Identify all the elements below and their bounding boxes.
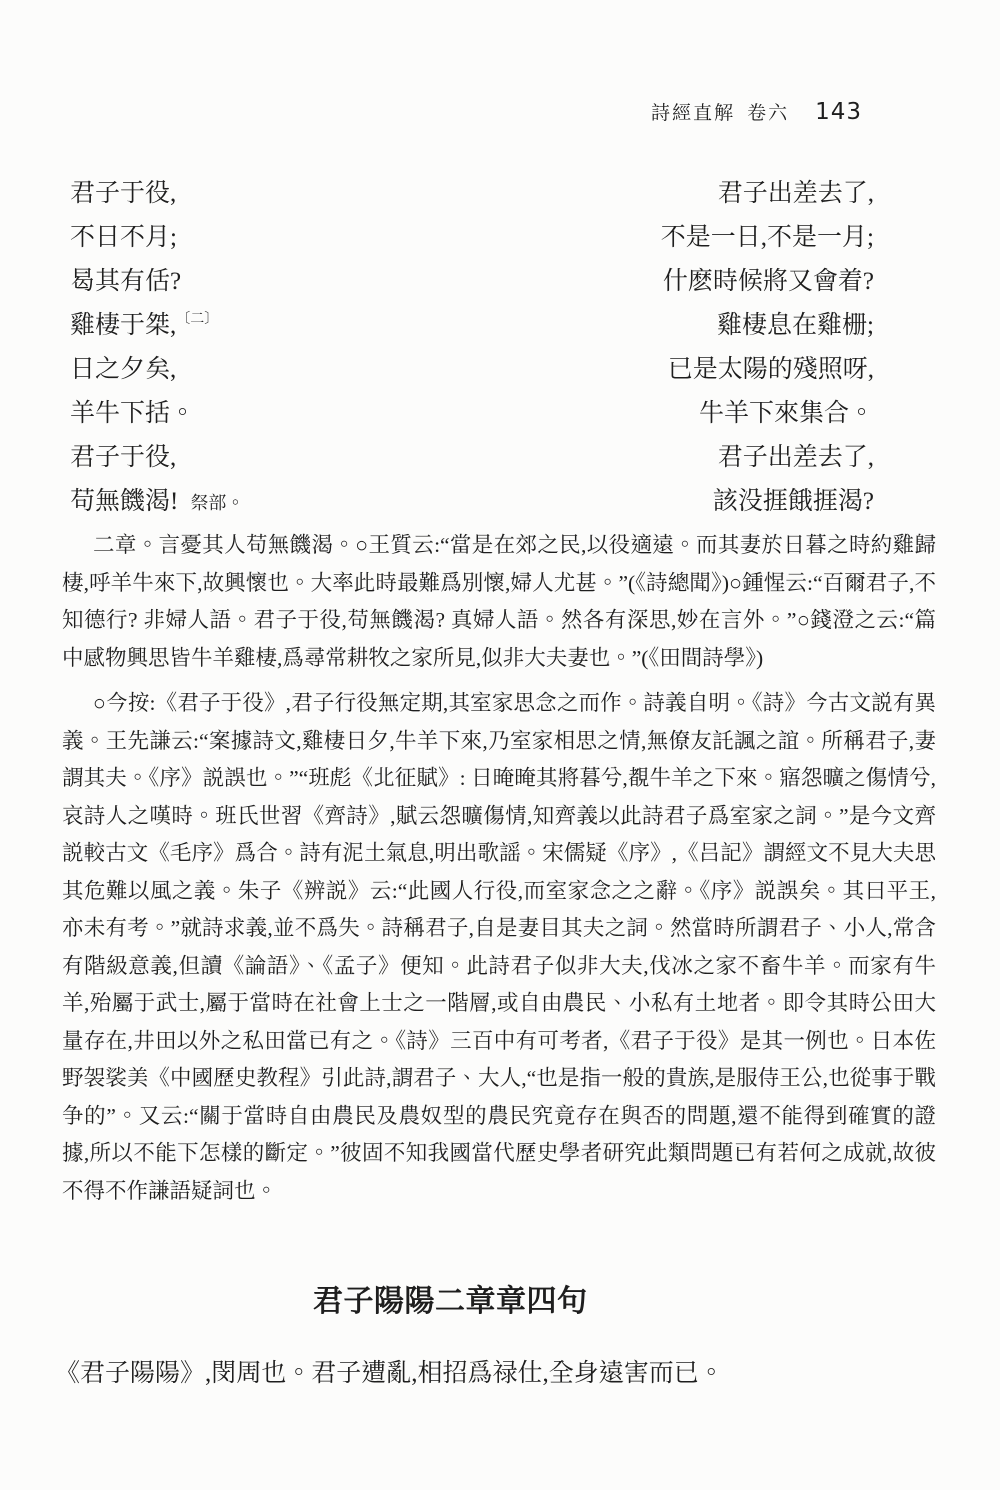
footnote-marker: 〔二〕 — [176, 312, 218, 327]
poem-junzi-yuyi: 君子于役, 君子出差去了, 不日不月; 不是一日,不是一月; 曷其有佸? 什麽時… — [70, 172, 874, 524]
poem-line-original: 君子于役, — [70, 172, 188, 217]
poem-original-text: 君子于役, — [70, 180, 176, 207]
poem-original-text: 雞棲于桀, — [70, 312, 176, 339]
poem-line-original: 雞棲于桀,〔二〕 — [70, 304, 230, 349]
poem-row: 日之夕矣, 已是太陽的殘照呀, — [70, 348, 874, 392]
poem-line-translation: 已是太陽的殘照呀, — [668, 348, 874, 392]
poem-row: 苟無饑渴!祭部。 該没捱餓捱渴? — [70, 480, 874, 524]
poem-row: 雞棲于桀,〔二〕 雞棲息在雞栅; — [70, 304, 874, 348]
page-number: 143 — [815, 99, 862, 125]
poem-original-text: 日之夕矣, — [70, 356, 176, 383]
rhyme-note: 祭部。 — [190, 493, 244, 513]
poem-row: 羊牛下括。 牛羊下來集合。 — [70, 392, 874, 436]
poem-original-text: 羊牛下括。 — [70, 400, 195, 427]
volume-label: 卷六 — [747, 98, 789, 125]
running-header: 詩經直解 卷六 143 — [651, 98, 862, 125]
poem-line-translation: 君子出差去了, — [718, 436, 874, 480]
poem-line-original: 羊牛下括。 — [70, 392, 207, 437]
poem-line-translation: 什麽時候將又會着? — [663, 260, 874, 304]
poem-line-original: 曷其有佸? — [70, 260, 193, 305]
commentary-paragraph-1: 二章。言憂其人苟無饑渴。○王質云:“當是在郊之民,以役適遠。而其妻於日暮之時約雞… — [62, 527, 936, 677]
poem-line-translation: 雞棲息在雞栅; — [717, 304, 874, 348]
poem-row: 不日不月; 不是一日,不是一月; — [70, 216, 874, 260]
next-section-intro-line: 《君子陽陽》,閔周也。君子遭亂,相招爲禄仕,全身遠害而已。 — [55, 1357, 940, 1391]
poem-row: 君子于役, 君子出差去了, — [70, 436, 874, 480]
poem-row: 曷其有佸? 什麽時候將又會着? — [70, 260, 874, 304]
poem-original-text: 曷其有佸? — [70, 268, 181, 295]
poem-line-original: 苟無饑渴!祭部。 — [70, 480, 244, 525]
commentary-block: 二章。言憂其人苟無饑渴。○王質云:“當是在郊之民,以役適遠。而其妻於日暮之時約雞… — [62, 527, 936, 1210]
poem-original-text: 君子于役, — [70, 444, 176, 471]
poem-line-translation: 不是一日,不是一月; — [661, 216, 874, 260]
poem-original-text: 苟無饑渴! — [70, 488, 178, 515]
poem-line-original: 君子于役, — [70, 436, 188, 481]
poem-original-text: 不日不月; — [70, 224, 177, 251]
commentary-paragraph-2: ○今按:《君子于役》,君子行役無定期,其室家思念之而作。詩義自明。《詩》今古文説… — [62, 685, 936, 1210]
book-page: 詩經直解 卷六 143 君子于役, 君子出差去了, 不日不月; 不是一日,不是一… — [0, 0, 1000, 1490]
book-title: 詩經直解 — [651, 98, 735, 125]
poem-line-translation: 牛羊下來集合。 — [699, 392, 874, 436]
poem-line-original: 不日不月; — [70, 216, 189, 261]
poem-row: 君子于役, 君子出差去了, — [70, 172, 874, 216]
next-section-heading: 君子陽陽二章章四句 — [313, 1276, 588, 1320]
poem-line-translation: 該没捱餓捱渴? — [713, 480, 874, 524]
poem-line-translation: 君子出差去了, — [718, 172, 874, 216]
poem-line-original: 日之夕矣, — [70, 348, 188, 393]
